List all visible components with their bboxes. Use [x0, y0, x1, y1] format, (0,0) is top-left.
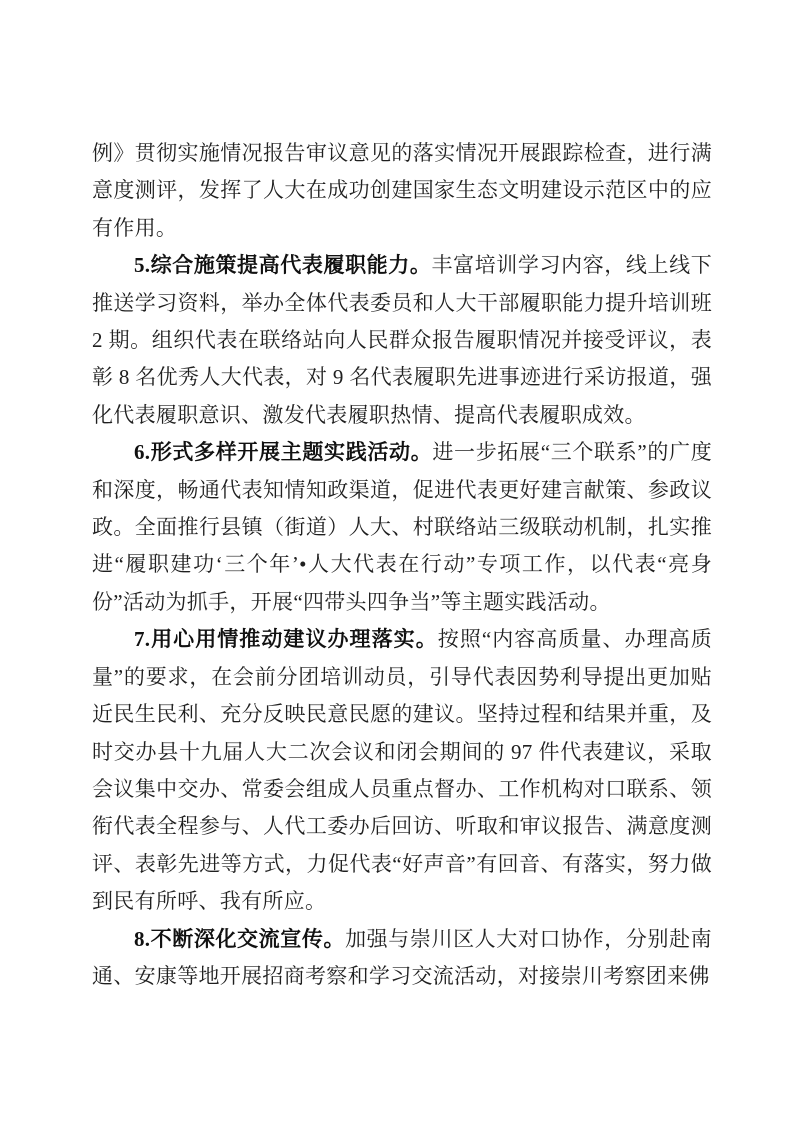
- paragraph-item-8: 8.不断深化交流宣传。加强与崇川区人大对口协作，分别赴南通、安康等地开展招商考察…: [92, 921, 712, 996]
- paragraph-heading: 8.不断深化交流宣传。: [134, 927, 345, 951]
- document-page: 例》贯彻实施情况报告审议意见的落实情况开展跟踪检查，进行满意度测评，发挥了人大在…: [0, 0, 793, 1122]
- paragraph-body: 例》贯彻实施情况报告审议意见的落实情况开展跟踪检查，进行满意度测评，发挥了人大在…: [92, 141, 712, 240]
- paragraph-heading: 6.形式多样开展主题实践活动。: [134, 440, 432, 464]
- paragraph-heading: 7.用心用情推动建议办理落实。: [134, 627, 438, 651]
- paragraph-body: 进一步拓展“三个联系”的广度和深度，畅通代表知情知政渠道，促进代表更好建言献策、…: [92, 440, 712, 614]
- paragraph-body: 按照“内容高质量、办理高质量”的要求，在会前分团培训动员，引导代表因势利导提出更…: [92, 627, 712, 913]
- paragraph-item-7: 7.用心用情推动建议办理落实。按照“内容高质量、办理高质量”的要求，在会前分团培…: [92, 621, 712, 920]
- document-text-block: 例》贯彻实施情况报告审议意见的落实情况开展跟踪检查，进行满意度测评，发挥了人大在…: [92, 135, 712, 995]
- paragraph-heading: 5.综合施策提高代表履职能力。: [134, 253, 431, 277]
- paragraph-body: 丰富培训学习内容，线上线下推送学习资料，举办全体代表委员和人大干部履职能力提升培…: [92, 253, 712, 427]
- paragraph-item-6: 6.形式多样开展主题实践活动。进一步拓展“三个联系”的广度和深度，畅通代表知情知…: [92, 434, 712, 621]
- paragraph-item-5: 5.综合施策提高代表履职能力。丰富培训学习内容，线上线下推送学习资料，举办全体代…: [92, 247, 712, 434]
- paragraph-continuation: 例》贯彻实施情况报告审议意见的落实情况开展跟踪检查，进行满意度测评，发挥了人大在…: [92, 135, 712, 247]
